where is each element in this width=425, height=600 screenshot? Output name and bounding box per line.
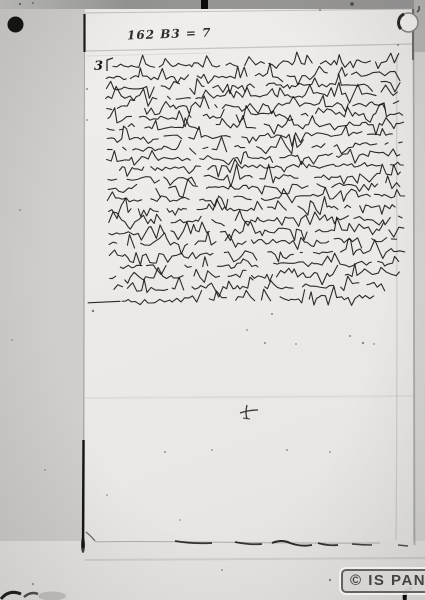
document-photo: 162 B3 = 7 3 © IS PAN: [0, 0, 425, 600]
margin-bracket-mark: [107, 58, 113, 71]
ink-cross-mark: [240, 405, 258, 419]
archival-label: 162 B3 = 7: [127, 26, 212, 43]
margin-number: 3: [94, 59, 103, 74]
photo-marks-layer: [0, 0, 425, 600]
page-edge-marks: [81, 9, 415, 553]
manuscript-text: [84, 50, 407, 310]
bottom-left-blobs: [1, 592, 66, 600]
bottom-edge-scratches: [86, 532, 408, 546]
ring-clip: [399, 6, 420, 32]
hole-punch-dot: [8, 17, 24, 33]
film-edge-notch: [201, 0, 208, 9]
watermark-badge: © IS PAN: [341, 569, 425, 593]
